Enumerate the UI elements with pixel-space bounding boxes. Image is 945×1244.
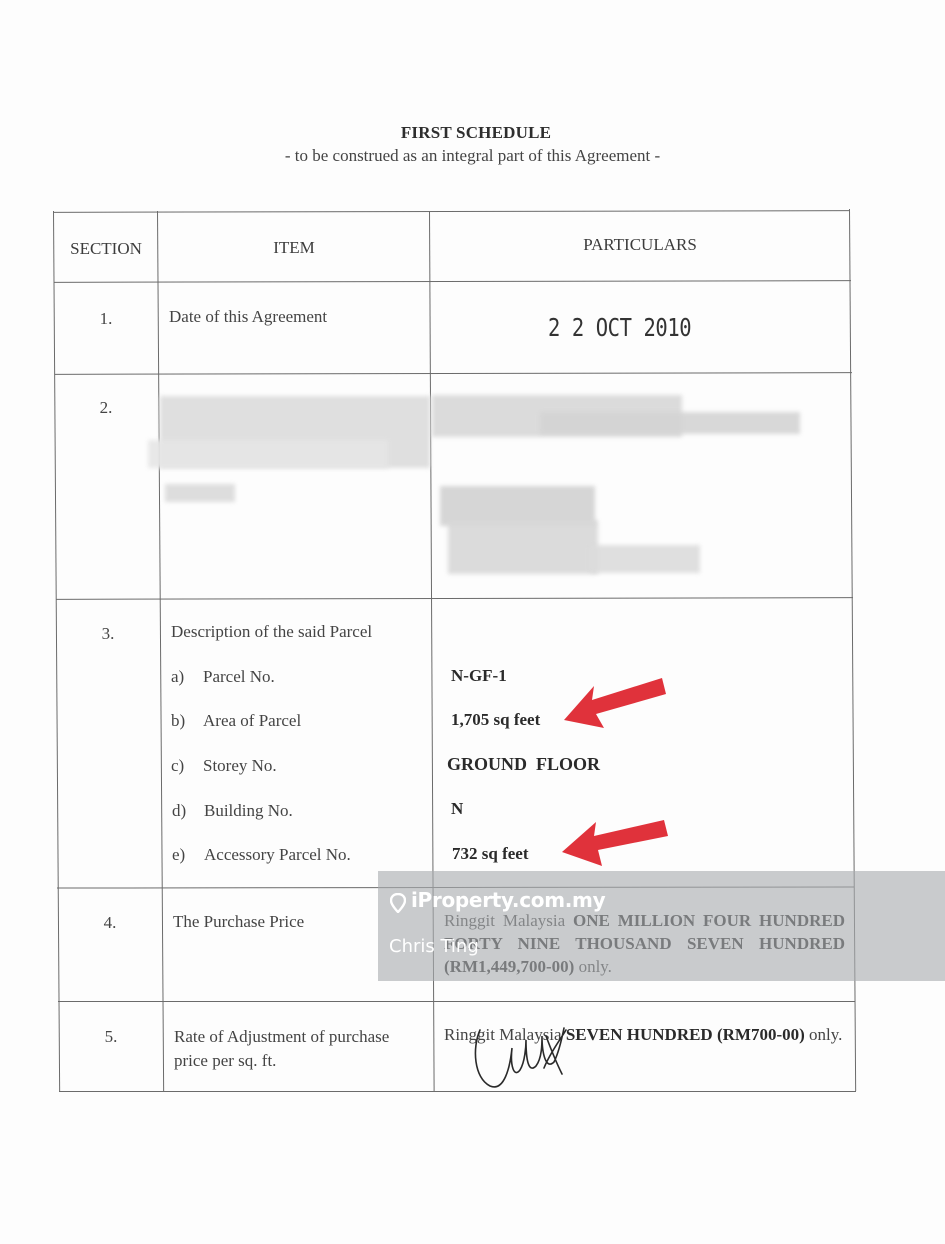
row-5-section: 5. (59, 1027, 163, 1047)
header-particulars: PARTICULARS (430, 235, 850, 255)
row-4-item: The Purchase Price (173, 912, 304, 932)
sub-item-e: Accessory Parcel No. (204, 845, 351, 865)
row-4-section: 4. (58, 913, 162, 933)
row-3-item: Description of the said Parcel (171, 622, 372, 642)
table-divider (55, 372, 852, 375)
adjustment-rate-suffix: only. (809, 1025, 842, 1044)
sub-item-c-label: c) (171, 756, 184, 776)
date-stamp: 2 2 OCT 2010 (548, 313, 691, 342)
accessory-parcel-value: 732 sq feet (452, 844, 528, 864)
red-arrow-icon (560, 818, 672, 870)
column-divider (157, 211, 164, 1091)
sub-item-e-label: e) (172, 845, 185, 865)
parcel-no-value: N-GF-1 (451, 666, 507, 686)
map-pin-icon (390, 893, 406, 913)
adjustment-rate-amount: SEVEN HUNDRED (RM700-00) (566, 1025, 805, 1044)
sub-item-a-label: a) (171, 667, 184, 687)
header-item: ITEM (158, 238, 430, 258)
building-no-value: N (451, 799, 463, 819)
row-5-item: Rate of Adjustment of purchase price per… (174, 1025, 389, 1073)
row-3-section: 3. (56, 624, 160, 644)
red-arrow-icon (560, 678, 670, 733)
table-divider (56, 597, 853, 600)
watermark-agent-name: Chris Ting (389, 936, 479, 957)
row-1-item: Date of this Agreement (169, 307, 327, 327)
table-divider (58, 1001, 855, 1002)
sub-item-d: Building No. (204, 801, 293, 821)
row-2-section: 2. (54, 398, 158, 418)
sub-item-c: Storey No. (203, 756, 277, 776)
table-divider (54, 280, 851, 283)
table-border-left (53, 211, 60, 1091)
table-border-bottom (59, 1091, 856, 1092)
signature-initials (470, 1018, 570, 1093)
sub-item-a: Parcel No. (203, 667, 275, 687)
watermark-brand: iProperty.com.my (411, 888, 605, 912)
row-5-item-line1: Rate of Adjustment of purchase (174, 1025, 389, 1049)
row-1-section: 1. (54, 309, 158, 329)
area-of-parcel-value: 1,705 sq feet (451, 710, 540, 730)
sub-item-d-label: d) (172, 801, 186, 821)
table-border-top (53, 210, 850, 213)
header-section: SECTION (54, 239, 158, 259)
row-5-item-line2: price per sq. ft. (174, 1049, 389, 1073)
sub-item-b: Area of Parcel (203, 711, 301, 731)
sub-item-b-label: b) (171, 711, 185, 731)
storey-no-value: GROUND FLOOR (447, 754, 600, 775)
